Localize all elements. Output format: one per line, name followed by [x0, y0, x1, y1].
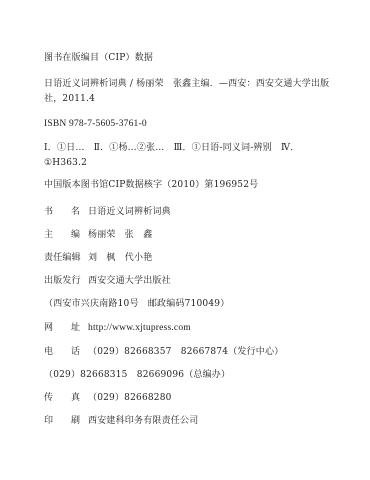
editors-row: 主编 杨丽荣 张 鑫 — [44, 229, 152, 241]
publisher-row: 出版发行西安交通大学出版社 — [44, 275, 171, 287]
website-label: 网址 — [44, 322, 88, 334]
cip-entry-line2: 社，2011.4 — [44, 93, 95, 105]
cip-heading: 图书在版编目（CIP）数据 — [44, 52, 153, 64]
phone-row: 电话 （029）82668357 82667874（发行中心） — [44, 346, 283, 358]
cip-number: 中国版本图书馆CIP数据核字（2010）第196952号 — [44, 179, 258, 191]
responsible-editors-label: 责任编辑 — [44, 252, 88, 264]
fax-row: 传真 （029）82668280 — [44, 392, 172, 404]
printer-label: 印刷 — [44, 415, 88, 427]
phone-label: 电话 — [44, 346, 88, 358]
fax-label: 传真 — [44, 392, 88, 404]
responsible-editors-row: 责任编辑刘 枫 代小艳 — [44, 252, 152, 264]
editors-value: 杨丽荣 张 鑫 — [88, 230, 152, 240]
publisher-value: 西安交通大学出版社 — [88, 276, 171, 286]
editors-label: 主编 — [44, 229, 88, 241]
classification-line2: ①H363.2 — [44, 157, 87, 169]
website-row: 网址 http://www.xjtupress.com — [44, 322, 191, 334]
fax-value: （029）82668280 — [88, 393, 172, 403]
printer-row: 印刷 西安建科印务有限责任公司 — [44, 415, 198, 427]
publisher-label: 出版发行 — [44, 275, 88, 287]
printer-value: 西安建科印务有限责任公司 — [88, 416, 198, 426]
title-label: 书名 — [44, 206, 88, 218]
title-value: 日语近义词辨析词典 — [88, 207, 171, 217]
classification-line1: Ⅰ．①日… Ⅱ．①杨…②张… Ⅲ．①日语-同义词-辨别 Ⅳ． — [44, 142, 299, 154]
isbn: ISBN 978-7-5605-3761-0 — [44, 118, 147, 130]
address: （西安市兴庆南路10号 邮政编码710049） — [44, 298, 229, 310]
responsible-editors-value: 刘 枫 代小艳 — [88, 253, 152, 263]
website-link[interactable]: http://www.xjtupress.com — [88, 323, 191, 333]
cip-entry-line1: 日语近义词辨析词典 / 杨丽荣 张鑫主编．—西安：西安交通大学出版 — [44, 78, 329, 90]
title-row: 书名 日语近义词辨析词典 — [44, 206, 171, 218]
phone-value: （029）82668357 82667874（发行中心） — [88, 347, 283, 357]
phone2: （029）82668315 82669096（总编办） — [44, 369, 230, 381]
